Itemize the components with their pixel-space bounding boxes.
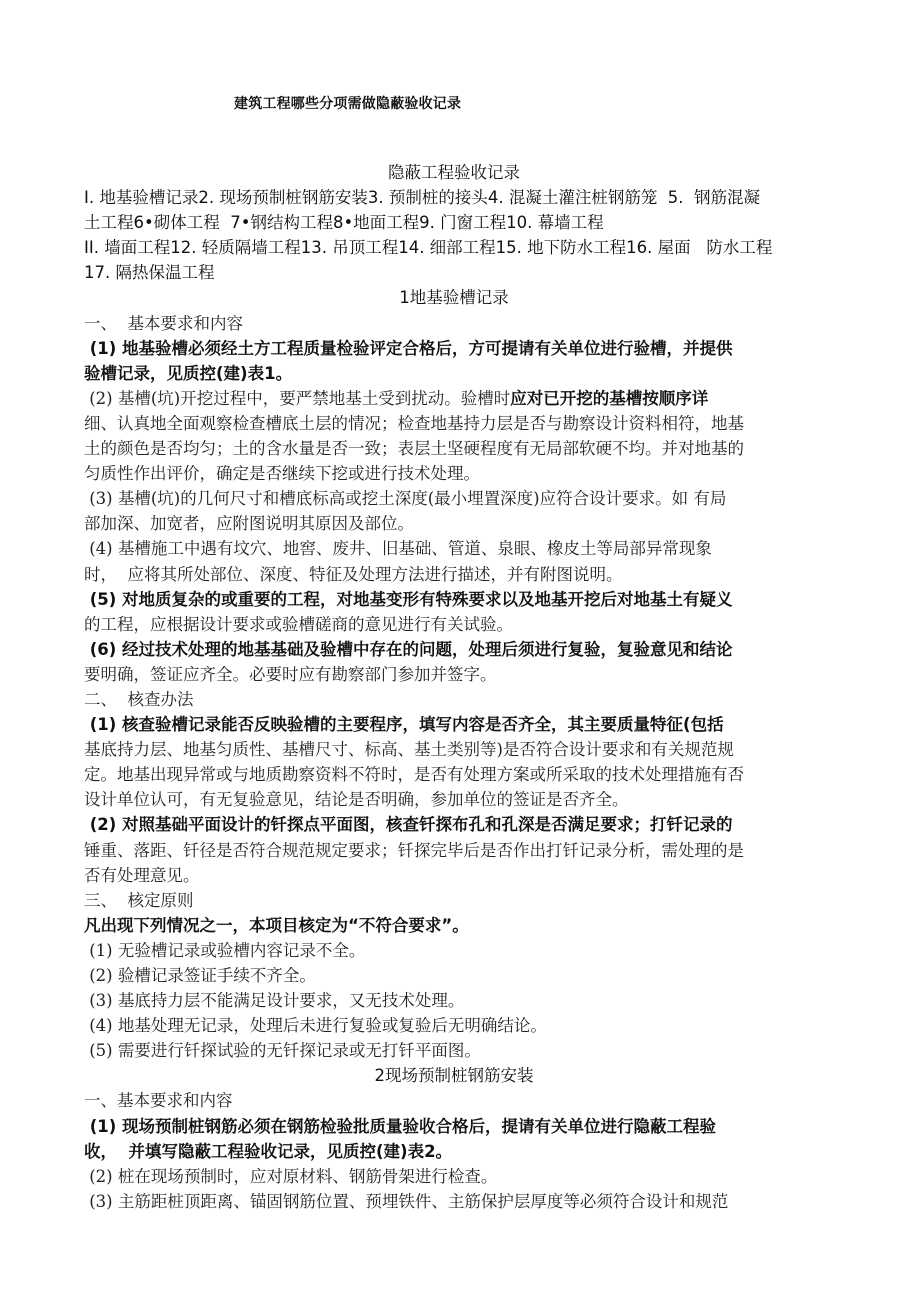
s1-p3-line: 部加深、加宽者，应附图说明其原因及部位。 [84,511,824,536]
s2-p3-line: (3) 主筋距桩顶距离、锚固钢筋位置、预埋铁件、主筋保护层厚度等必须符合设计和规… [84,1189,824,1214]
section2-part1-title: 一、基本要求和内容 [84,1088,824,1113]
s1-rule-item: (4) 地基处理无记录，处理后未进行复验或复验后无明确结论。 [84,1013,824,1038]
s1-p2-line: 匀质性作出评价，确定是否继续下挖或进行技术处理。 [84,461,824,486]
s1-c1-line: 定。地基出现异常或与地质勘察资料不符时，是否有处理方案或所采取的技术处理措施有否 [84,762,824,787]
s1-rule-item: (3) 基底持力层不能满足设计要求，又无技术处理。 [84,988,824,1013]
s2-p1-line: 收， 并填写隐蔽工程验收记录，见质控(建)表2。 [84,1139,824,1164]
s1-p2-line: 细、认真地全面观察检查槽底土层的情况；检查地基持力层是否与勘察设计资料相符，地基 [84,411,824,436]
s1-p2-line: 土的颜色是否均匀；土的含水量是否一致；表层土坚硬程度有无局部软硬不均。并对地基的 [84,436,824,461]
section1-part2-title: 二、 核查办法 [84,687,824,712]
s1-p4-line: (4) 基槽施工中遇有坟穴、地窖、废井、旧基础、管道、泉眼、橡皮土等局部异常现象 [84,536,824,561]
s1-p1-line: (1) 地基验槽必须经土方工程质量检验评定合格后，方可提请有关单位进行验槽，并提… [84,336,824,361]
s1-p5-bold: (5) 对地质复杂的或重要的工程，对地基变形有特殊要求以及地基开挖后对地基土有疑… [84,587,824,612]
s1-rule-lead: 凡出现下列情况之一，本项目核定为“不符合要求”。 [84,913,824,938]
section1-part3-title: 三、 核定原则 [84,888,824,913]
s1-rule-item: (2) 验槽记录签证手续不齐全。 [84,963,824,988]
index-line: I. 地基验槽记录2. 现场预制桩钢筋安装3. 预制桩的接头4. 混凝土灌注桩钢… [84,185,824,210]
index-line: II. 墙面工程12. 轻质隔墙工程13. 吊顶工程14. 细部工程15. 地下… [84,235,824,260]
s1-rule-item: (5) 需要进行钎探试验的无钎探记录或无打钎平面图。 [84,1038,824,1063]
document-body: 隐蔽工程验收记录 I. 地基验槽记录2. 现场预制桩钢筋安装3. 预制桩的接头4… [84,160,824,1214]
document-title: 建筑工程哪些分项需做隐蔽验收记录 [234,93,461,113]
s1-c1-line: 设计单位认可，有无复验意见，结论是否明确，参加单位的签证是否齐全。 [84,787,824,812]
s1-p3-line: (3) 基槽(坑)的几何尺寸和槽底标高或挖土深度(最小埋置深度)应符合设计要求。… [84,486,824,511]
s1-p4-line: 时， 应将其所处部位、深度、特征及处理方法进行描述，并有附图说明。 [84,562,824,587]
s1-p6-rest: 要明确，签证应齐全。必要时应有勘察部门参加并签字。 [84,662,824,687]
s1-c1-bold: (1) 核查验槽记录能否反映验槽的主要程序，填写内容是否齐全，其主要质量特征(包… [84,712,824,737]
section1-part1-title: 一、 基本要求和内容 [84,311,824,336]
s1-c2-line: 锤重、落距、钎径是否符合规范规定要求；钎探完毕后是否作出打钎记录分析，需处理的是 [84,838,824,863]
index-line: 土工程6•砌体工程 7•钢结构工程8•地面工程9. 门窗工程10. 幕墙工程 [84,210,824,235]
s1-c2-line: 否有处理意见。 [84,863,824,888]
s1-p1-line: 验槽记录，见质控(建)表1。 [84,361,824,386]
s1-p2-line: (2) 基槽(坑)开挖过程中，要严禁地基土受到扰动。验槽时应对已开挖的基槽按顺序… [84,386,824,411]
s1-c1-line: 基底持力层、地基匀质性、基槽尺寸、标高、基土类别等)是否符合设计要求和有关规范规 [84,737,824,762]
s2-p1-line: (1) 现场预制桩钢筋必须在钢筋检验批质量验收合格后，提请有关单位进行隐蔽工程验 [84,1114,824,1139]
s1-c2-bold: (2) 对照基础平面设计的钎探点平面图，核查钎探布孔和孔深是否满足要求；打钎记录… [84,812,824,837]
document-page: 建筑工程哪些分项需做隐蔽验收记录 隐蔽工程验收记录 I. 地基验槽记录2. 现场… [0,0,920,1302]
main-heading: 隐蔽工程验收记录 [84,160,824,185]
section1-heading: 1地基验槽记录 [84,285,824,310]
index-line: 17. 隔热保温工程 [84,260,824,285]
s2-p2-line: (2) 桩在现场预制时，应对原材料、钢筋骨架进行检查。 [84,1164,824,1189]
s1-rule-item: (1) 无验槽记录或验槽内容记录不全。 [84,938,824,963]
s1-p5-rest: 的工程，应根据设计要求或验槽磋商的意见进行有关试验。 [84,612,824,637]
s1-p2-normal: (2) 基槽(坑)开挖过程中，要严禁地基土受到扰动。验槽时 [84,389,510,408]
section2-heading: 2现场预制桩钢筋安装 [84,1063,824,1088]
s1-p2-bold: 应对已开挖的基槽按顺序详 [510,389,708,408]
s1-p6-bold: (6) 经过技术处理的地基基础及验槽中存在的问题，处理后须进行复验，复验意见和结… [84,637,824,662]
